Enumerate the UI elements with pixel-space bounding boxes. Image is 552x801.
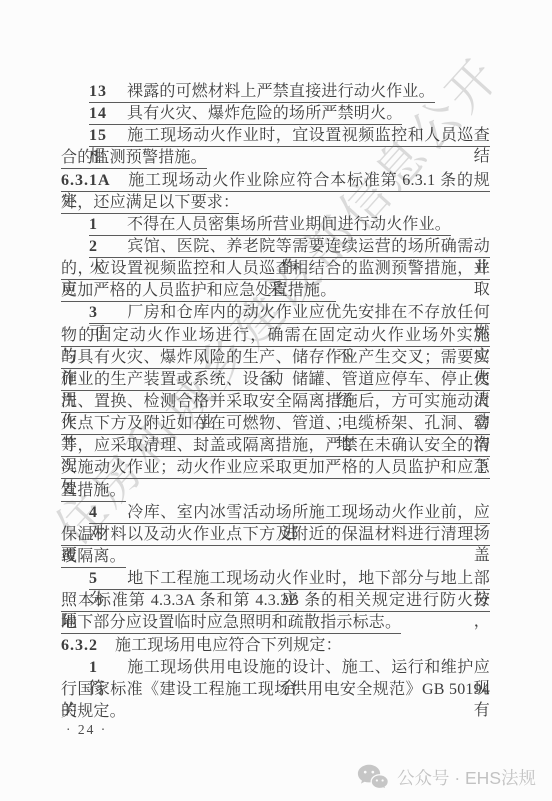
line-text: 不得在人员密集场所营业期间进行动火作业。 — [127, 216, 451, 233]
text-line: 14具有火灾、爆炸危险的场所严禁明火。 — [61, 103, 490, 125]
text-line: 的，应设置视频监控和人员巡查相结合的监测预警措施，并应采取 — [61, 258, 490, 280]
line-text: 地下部分应设置临时应急照明和疏散指示标志。 — [61, 614, 401, 631]
text-line: 2宾馆、医院、养老院等需要连续运营的场所确需动火作业 — [61, 236, 490, 258]
text-line: 3厂房和仓库内的动火作业应优先安排在不存放任何可燃 — [61, 302, 490, 324]
text-line: 13裸露的可燃材料上严禁直接进行动火作业。 — [61, 81, 490, 103]
text-line: 5地下工程施工现场动火作业时，地下部分与地上部分应按 — [61, 568, 490, 590]
text-line: 实施动火作业；动火作业应采取更加严格的人员监护和应急处 — [61, 457, 490, 479]
wechat-badge: 公众号 · EHS法规 — [357, 764, 536, 791]
line-text: 具有火灾、爆炸危险的场所严禁明火。 — [127, 105, 402, 122]
clause-number: 4 — [89, 502, 110, 523]
text-line: 1不得在人员密集场所营业期间进行动火作业。 — [61, 214, 490, 236]
text-line: 1施工现场供用电设施的设计、施工、运行和维护应符合现 — [61, 657, 490, 679]
clause-number: 15 — [89, 125, 110, 146]
wechat-icon — [357, 764, 389, 791]
line-text: 裸露的可燃材料上严禁直接进行动火作业。 — [127, 83, 435, 100]
text-line: 外，还应满足以下要求： — [61, 192, 490, 214]
line-text: 关规定。 — [61, 703, 126, 720]
wechat-badge-label: 公众号 · EHS法规 — [397, 765, 536, 790]
clause-number: 13 — [89, 81, 110, 102]
text-line: 与具有火灾、爆炸风险的生产、储存作业产生交叉；需要实施动火 — [61, 347, 490, 369]
text-line: 火点下方及附近如存在可燃物、管道、电缆桥架、孔洞、窨井、地沟 — [61, 413, 490, 435]
clause-number: 5 — [89, 568, 110, 589]
text-line: 行国家标准《建设工程施工现场供用电安全规范》GB 50194 的有 — [61, 679, 490, 701]
clause-number: 14 — [89, 103, 110, 124]
clause-number: 6.3.2 — [61, 635, 98, 656]
text-line: 等，应采取清理、封盖或隔离措施，严禁在未确认安全的情况下 — [61, 435, 490, 457]
text-line: 洗、置换、检测合格并采取安全隔离措施后，方可实施动火作业；动 — [61, 391, 490, 413]
line-text: 或隔离。 — [61, 548, 126, 565]
clause-number: 3 — [89, 302, 110, 323]
text-line: 6.3.1A施工现场动火作业除应符合本标准第 6.3.1 条的规定 — [61, 170, 490, 192]
page-number: · 24 · — [66, 722, 107, 738]
clause-number: 6.3.1A — [61, 170, 111, 191]
document-lines: 13裸露的可燃材料上严禁直接进行动火作业。14具有火灾、爆炸危险的场所严禁明火。… — [61, 81, 490, 723]
line-text: 合的监测预警措施。 — [61, 149, 207, 166]
clause-number: 1 — [89, 214, 110, 235]
clause-number: 2 — [89, 236, 110, 257]
text-line: 6.3.2施工现场用电应符合下列规定： — [61, 635, 490, 657]
clause-number: 1 — [89, 657, 110, 678]
line-text: 置措施。 — [61, 482, 126, 499]
text-line: 保温材料以及动火作业点下方及附近的保温材料进行清理、覆盖 — [61, 524, 490, 546]
text-line: 物的固定动火作业场进行，确需在固定动火作业场外实施的，不应 — [61, 325, 490, 347]
document-page: 住房和城乡建设部信息公开 13裸露的可燃材料上严禁直接进行动火作业。14具有火灾… — [0, 0, 552, 801]
text-line: 照本标准第 4.3.3A 条和第 4.3.3B 条的相关规定进行防火分隔， — [61, 590, 490, 612]
text-line: 4冷库、室内冰雪活动场所施工现场动火作业前，应对进场 — [61, 502, 490, 524]
text-line: 15施工现场动火作业时，宜设置视频监控和人员巡查相结 — [61, 125, 490, 147]
line-text: 施工现场用电应符合下列规定： — [115, 637, 342, 654]
line-text: 更加严格的人员监护和应急处置措施。 — [61, 282, 336, 299]
text-line: 作业的生产装置或系统、设备、储罐、管道应停车、停止使用，经清 — [61, 369, 490, 391]
line-text: 外，还应满足以下要求： — [61, 194, 239, 211]
text-line: 置措施。 — [61, 480, 490, 502]
